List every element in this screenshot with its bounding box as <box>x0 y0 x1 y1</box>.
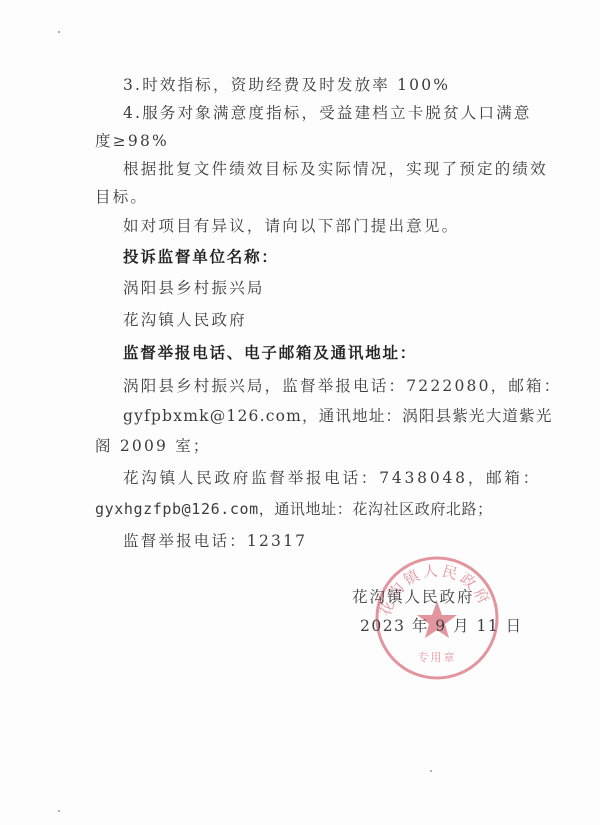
scan-speck <box>58 810 60 812</box>
text-line-town-contact: 花沟镇人民政府监督举报电话：7438048，邮箱： <box>123 468 543 488</box>
text-line-bureau-address-continued: 阁 2009 室； <box>95 436 515 456</box>
text-line-bureau-contact: 涡阳县乡村振兴局，监督举报电话：7222080，邮箱： <box>123 376 543 396</box>
text-line-bureau-email-address: gyfpbxmk@126.com，通讯地址：涡阳县紫光大道紫光 <box>123 406 543 426</box>
text-line-conclusion-continued: 目标。 <box>95 187 515 207</box>
text-line-unit-town-government: 花沟镇人民政府 <box>123 310 543 330</box>
heading-complaint-units: 投诉监督单位名称： <box>123 247 543 267</box>
text-line-satisfaction-indicator: 4.服务对象满意度指标，受益建档立卡脱贫人口满意 <box>123 103 543 123</box>
text-line-hotline: 监督举报电话：12317 <box>123 531 543 551</box>
text-line-timeliness-indicator: 3.时效指标，资助经费及时发放率 100% <box>123 75 543 95</box>
scan-speck <box>58 31 60 33</box>
text-line-satisfaction-continued: 度≥98% <box>95 131 515 151</box>
signature-date: 2023 年 9 月 11 日 <box>360 616 523 636</box>
text-line-objection-notice: 如对项目有异议，请向以下部门提出意见。 <box>123 216 543 236</box>
document-page: 3.时效指标，资助经费及时发放率 100% 4.服务对象满意度指标，受益建档立卡… <box>0 0 600 825</box>
heading-contact-info: 监督举报电话、电子邮箱及通讯地址： <box>123 343 543 363</box>
signature-organization: 花沟镇人民政府 <box>352 587 475 607</box>
text-line-conclusion: 根据批复文件绩效目标及实际情况，实现了预定的绩效 <box>123 159 543 179</box>
svg-text:专用章: 专用章 <box>418 650 457 664</box>
text-line-town-email-address: gyxhgzfpb@126.com，通讯地址：花沟社区政府北路； <box>95 499 515 519</box>
text-line-unit-bureau: 涡阳县乡村振兴局 <box>123 278 543 298</box>
scan-speck <box>430 770 432 772</box>
